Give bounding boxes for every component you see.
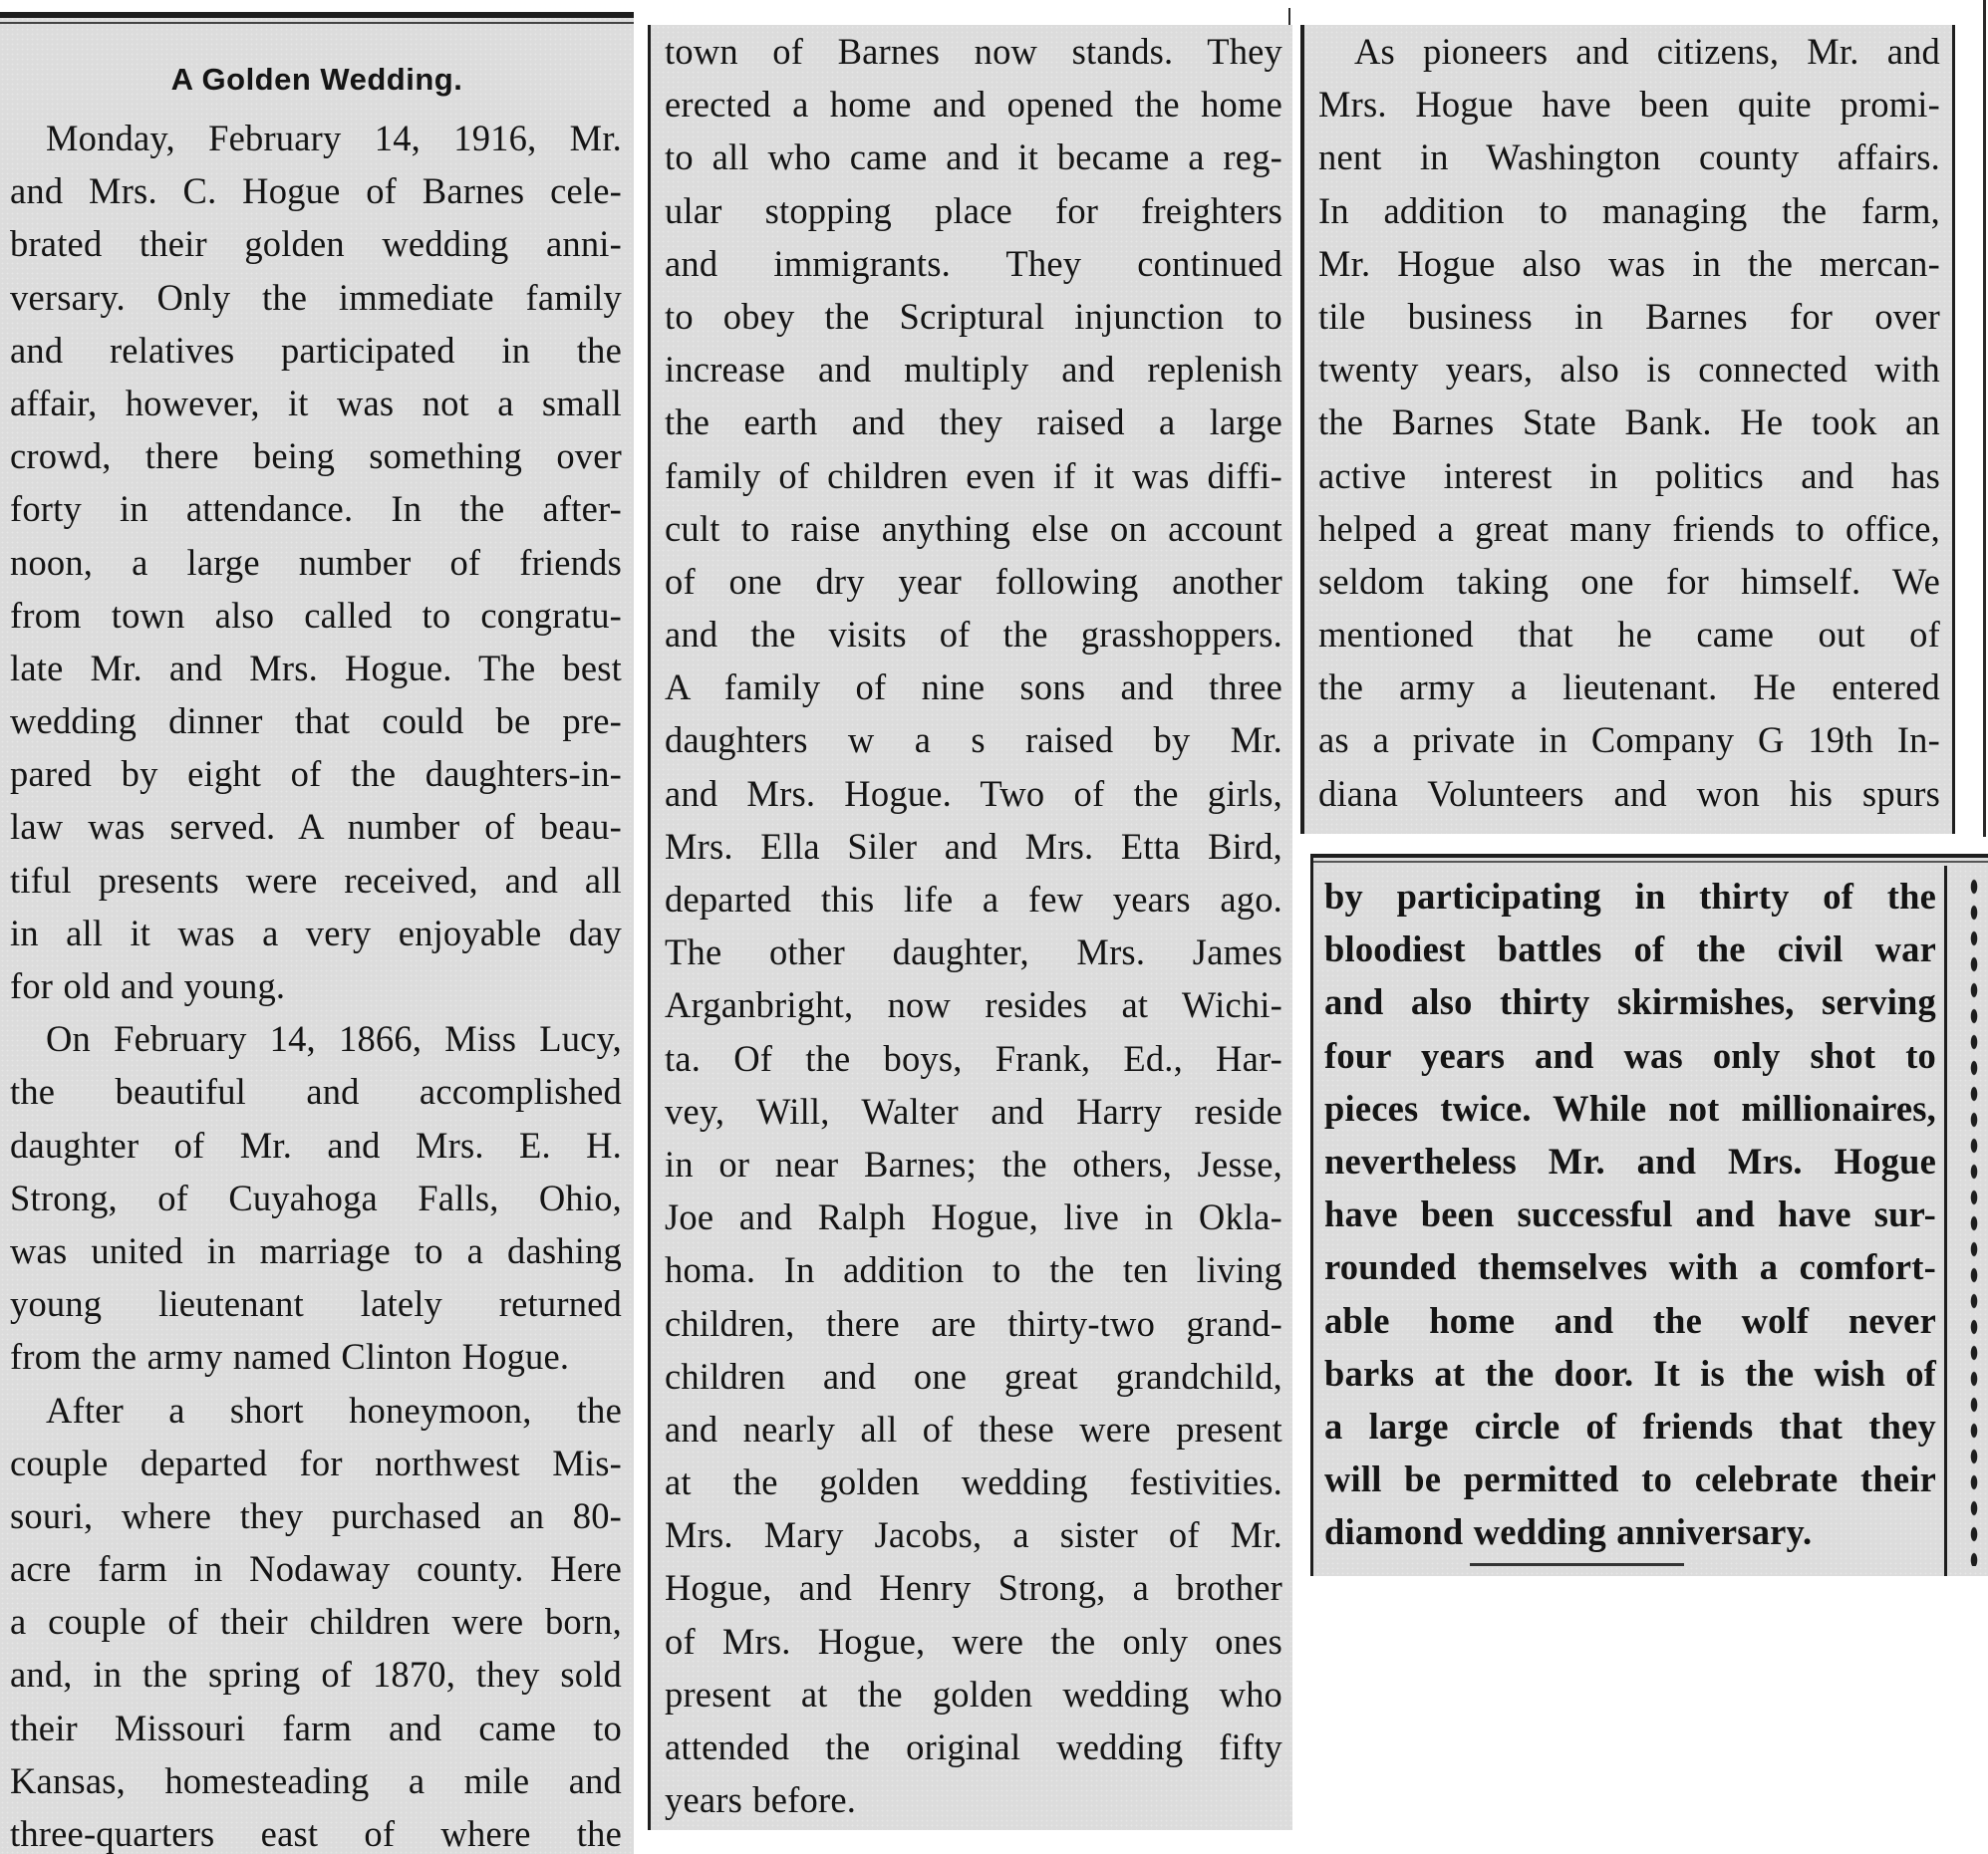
text-line: Strong, of Cuyahoga Falls, Ohio, [10, 1172, 622, 1224]
column-text: by participating in thirty of thebloodie… [1324, 870, 1936, 1558]
text-line: daughter of Mr. and Mrs. E. H. [10, 1119, 622, 1172]
text-line: souri, where they purchased an 80- [10, 1489, 622, 1542]
text-line: active interest in politics and has [1318, 449, 1940, 502]
text-line: the army a lieutenant. He entered [1318, 661, 1940, 713]
text-line: three-quarters east of where the [10, 1807, 622, 1854]
text-line: present at the golden wedding who [665, 1668, 1282, 1721]
text-line: their Missouri farm and came to [10, 1702, 622, 1754]
text-line: have been successful and have sur- [1324, 1188, 1936, 1240]
text-line: increase and multiply and replenish [665, 343, 1282, 396]
text-line: barks at the door. It is the wish of [1324, 1347, 1936, 1400]
text-line: twenty years, also is connected with [1318, 343, 1940, 396]
text-line: Mr. Hogue also was in the mercan- [1318, 237, 1940, 290]
clipping-column-4: by participating in thirty of thebloodie… [1310, 854, 1988, 1576]
top-rule [1310, 854, 1988, 858]
text-line: cult to raise anything else on account [665, 502, 1282, 555]
text-line: vey, Will, Walter and Harry reside [665, 1085, 1282, 1138]
top-rule-thin [0, 22, 634, 24]
text-line: at the golden wedding festivities. [665, 1456, 1282, 1508]
text-line: will be permitted to celebrate their [1324, 1453, 1936, 1505]
text-line: ta. Of the boys, Frank, Ed., Har- [665, 1032, 1282, 1085]
text-line: family of children even if it was diffi- [665, 449, 1282, 502]
text-line: and relatives participated in the [10, 324, 622, 377]
text-line: and immigrants. They continued [665, 237, 1282, 290]
text-line: law was served. A number of beau- [10, 800, 622, 853]
text-line: On February 14, 1866, Miss Lucy, [10, 1012, 622, 1065]
top-rule-thin [1310, 861, 1988, 863]
text-line: as a private in Company G 19th In- [1318, 713, 1940, 766]
text-line: Hogue, and Henry Strong, a brother [665, 1561, 1282, 1614]
text-line: noon, a large number of friends [10, 536, 622, 589]
column-text: Monday, February 14, 1916, Mr.and Mrs. C… [10, 112, 622, 1854]
text-line: attended the original wedding fifty [665, 1721, 1282, 1773]
text-line: brated their golden wedding anni- [10, 217, 622, 270]
text-line: Joe and Ralph Hogue, live in Okla- [665, 1191, 1282, 1243]
text-line: tile business in Barnes for over [1318, 290, 1940, 343]
text-line: versary. Only the immediate family [10, 271, 622, 324]
text-line: to obey the Scriptural injunction to [665, 290, 1282, 343]
text-line: In addition to managing the farm, [1318, 184, 1940, 237]
text-line: pieces twice. While not millionaires, [1324, 1082, 1936, 1135]
text-line: Mrs. Mary Jacobs, a sister of Mr. [665, 1508, 1282, 1561]
text-line: years before. [665, 1773, 1282, 1826]
text-line: from the army named Clinton Hogue. [10, 1330, 622, 1383]
text-line: nent in Washington county affairs. [1318, 131, 1940, 183]
text-line: daughters w a s raised by Mr. [665, 713, 1282, 766]
text-line: couple departed for northwest Mis- [10, 1437, 622, 1489]
text-line: mentioned that he came out of [1318, 608, 1940, 661]
text-line: four years and was only shot to [1324, 1029, 1936, 1082]
text-line: the Barnes State Bank. He took an [1318, 396, 1940, 448]
text-line: A family of nine sons and three [665, 661, 1282, 713]
text-line: helped a great many friends to office, [1318, 502, 1940, 555]
text-line: and Mrs. Hogue. Two of the girls, [665, 767, 1282, 820]
text-line: wedding dinner that could be pre- [10, 694, 622, 747]
text-line: ular stopping place for freighters [665, 184, 1282, 237]
text-line: by participating in thirty of the [1324, 870, 1936, 923]
text-line: seldom taking one for himself. We [1318, 555, 1940, 608]
text-line: rounded themselves with a comfort- [1324, 1240, 1936, 1293]
text-line: the earth and they raised a large [665, 396, 1282, 448]
text-line: diamond wedding anniversary. [1324, 1505, 1936, 1558]
text-line: departed this life a few years ago. [665, 873, 1282, 926]
text-line: The other daughter, Mrs. James [665, 926, 1282, 978]
text-line: and the visits of the grasshoppers. [665, 608, 1282, 661]
text-line: acre farm in Nodaway county. Here [10, 1542, 622, 1595]
text-line: able home and the wolf never [1324, 1294, 1936, 1347]
text-line: children and one great grandchild, [665, 1350, 1282, 1403]
text-line: children, there are thirty-two grand- [665, 1297, 1282, 1350]
text-line: a couple of their children were born, [10, 1595, 622, 1648]
text-line: a large circle of friends that they [1324, 1400, 1936, 1453]
text-line: affair, however, it was not a small [10, 377, 622, 429]
column-divider [1983, 0, 1986, 837]
text-line: for old and young. [10, 959, 622, 1012]
clipping-column-3: As pioneers and citizens, Mr. andMrs. Ho… [1300, 25, 1955, 834]
text-line: and, in the spring of 1870, they sold [10, 1648, 622, 1701]
text-line: crowd, there being something over [10, 429, 622, 482]
clipping-column-1: A Golden Wedding. Monday, February 14, 1… [0, 12, 634, 1854]
text-line: was united in marriage to a dashing [10, 1224, 622, 1277]
text-line: diana Volunteers and won his spurs [1318, 767, 1940, 820]
text-line: of Mrs. Hogue, were the only ones [665, 1615, 1282, 1668]
text-line: in all it was a very enjoyable day [10, 907, 622, 959]
text-line: late Mr. and Mrs. Hogue. The best [10, 642, 622, 694]
text-line: erected a home and opened the home [665, 78, 1282, 131]
text-line: forty in attendance. In the after- [10, 482, 622, 535]
text-line: tiful presents were received, and all [10, 854, 622, 907]
text-line: Monday, February 14, 1916, Mr. [10, 112, 622, 164]
clipping-column-2: town of Barnes now stands. Theyerected a… [648, 25, 1292, 1830]
text-line: and nearly all of these were present [665, 1403, 1282, 1456]
text-line: the beautiful and accomplished [10, 1065, 622, 1118]
adjacent-column-edge [1968, 874, 1980, 1566]
end-of-article-rule [1470, 1563, 1684, 1566]
text-line: young lieutenant lately returned [10, 1277, 622, 1330]
text-line: to all who came and it became a reg- [665, 131, 1282, 183]
text-line: As pioneers and citizens, Mr. and [1318, 25, 1940, 78]
top-rule [0, 12, 634, 18]
text-line: of one dry year following another [665, 555, 1282, 608]
column-text: As pioneers and citizens, Mr. andMrs. Ho… [1318, 25, 1940, 820]
text-line: Kansas, homesteading a mile and [10, 1754, 622, 1807]
text-line: Mrs. Ella Siler and Mrs. Etta Bird, [665, 820, 1282, 873]
text-line: town of Barnes now stands. They [665, 25, 1282, 78]
text-line: nevertheless Mr. and Mrs. Hogue [1324, 1135, 1936, 1188]
text-line: Mrs. Hogue have been quite promi- [1318, 78, 1940, 131]
text-line: After a short honeymoon, the [10, 1384, 622, 1437]
text-line: and Mrs. C. Hogue of Barnes cele- [10, 164, 622, 217]
text-line: in or near Barnes; the others, Jesse, [665, 1138, 1282, 1191]
right-border [1944, 866, 1947, 1576]
text-line: from town also called to congratu- [10, 589, 622, 642]
text-line: Arganbright, now resides at Wichi- [665, 978, 1282, 1031]
text-line: pared by eight of the daughters-in- [10, 747, 622, 800]
text-line: homa. In addition to the ten living [665, 1243, 1282, 1296]
article-headline: A Golden Wedding. [0, 62, 634, 98]
text-line: and also thirty skirmishes, serving [1324, 975, 1936, 1028]
text-line: bloodiest battles of the civil war [1324, 923, 1936, 975]
left-border [1310, 854, 1313, 1576]
column-text: town of Barnes now stands. Theyerected a… [665, 25, 1282, 1826]
